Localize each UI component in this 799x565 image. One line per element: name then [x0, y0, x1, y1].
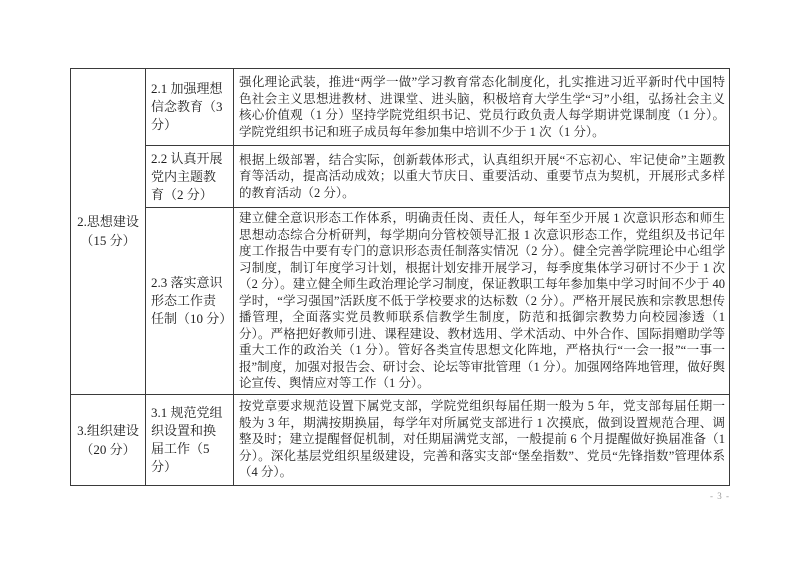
evaluation-table: 2.思想建设 （15 分） 2.1 加强理想信念教育（3 分） 强化理论武装，推… [70, 68, 730, 486]
criteria-cell-2-3: 建立健全意识形态工作体系，明确责任岗、责任人，每年至少开展 1 次意识形态和师生… [234, 208, 730, 395]
table-row: 2.思想建设 （15 分） 2.1 加强理想信念教育（3 分） 强化理论武装，推… [71, 69, 730, 146]
criteria-cell-2-2: 根据上级部署，结合实际，创新载体形式，认真组织开展“不忘初心、牢记使命”主题教育… [234, 146, 730, 208]
criteria-cell-3-1: 按党章要求规范设置下属党支部，学院党组织每届任期一般为 5 年，党支部每届任期一… [234, 394, 730, 485]
document-page: 2.思想建设 （15 分） 2.1 加强理想信念教育（3 分） 强化理论武装，推… [0, 0, 799, 565]
table-row: 2.2 认真开展党内主题教育（2 分） 根据上级部署，结合实际，创新载体形式，认… [71, 146, 730, 208]
table-row: 3.组织建设 （20 分） 3.1 规范党组织设置和换届工作（5 分） 按党章要… [71, 394, 730, 485]
subitem-cell-2-1: 2.1 加强理想信念教育（3 分） [146, 69, 234, 146]
subitem-cell-3-1: 3.1 规范党组织设置和换届工作（5 分） [146, 394, 234, 485]
page-number: - 3 - [700, 491, 740, 501]
criteria-cell-2-1: 强化理论武装，推进“两学一做”学习教育常态化制度化，扎实推进习近平新时代中国特色… [234, 69, 730, 146]
category-cell-organization-building: 3.组织建设 （20 分） [71, 394, 146, 485]
subitem-cell-2-2: 2.2 认真开展党内主题教育（2 分） [146, 146, 234, 208]
category-cell-ideological-building: 2.思想建设 （15 分） [71, 69, 146, 395]
subitem-cell-2-3: 2.3 落实意识形态工作责任制（10 分） [146, 208, 234, 395]
table-row: 2.3 落实意识形态工作责任制（10 分） 建立健全意识形态工作体系，明确责任岗… [71, 208, 730, 395]
